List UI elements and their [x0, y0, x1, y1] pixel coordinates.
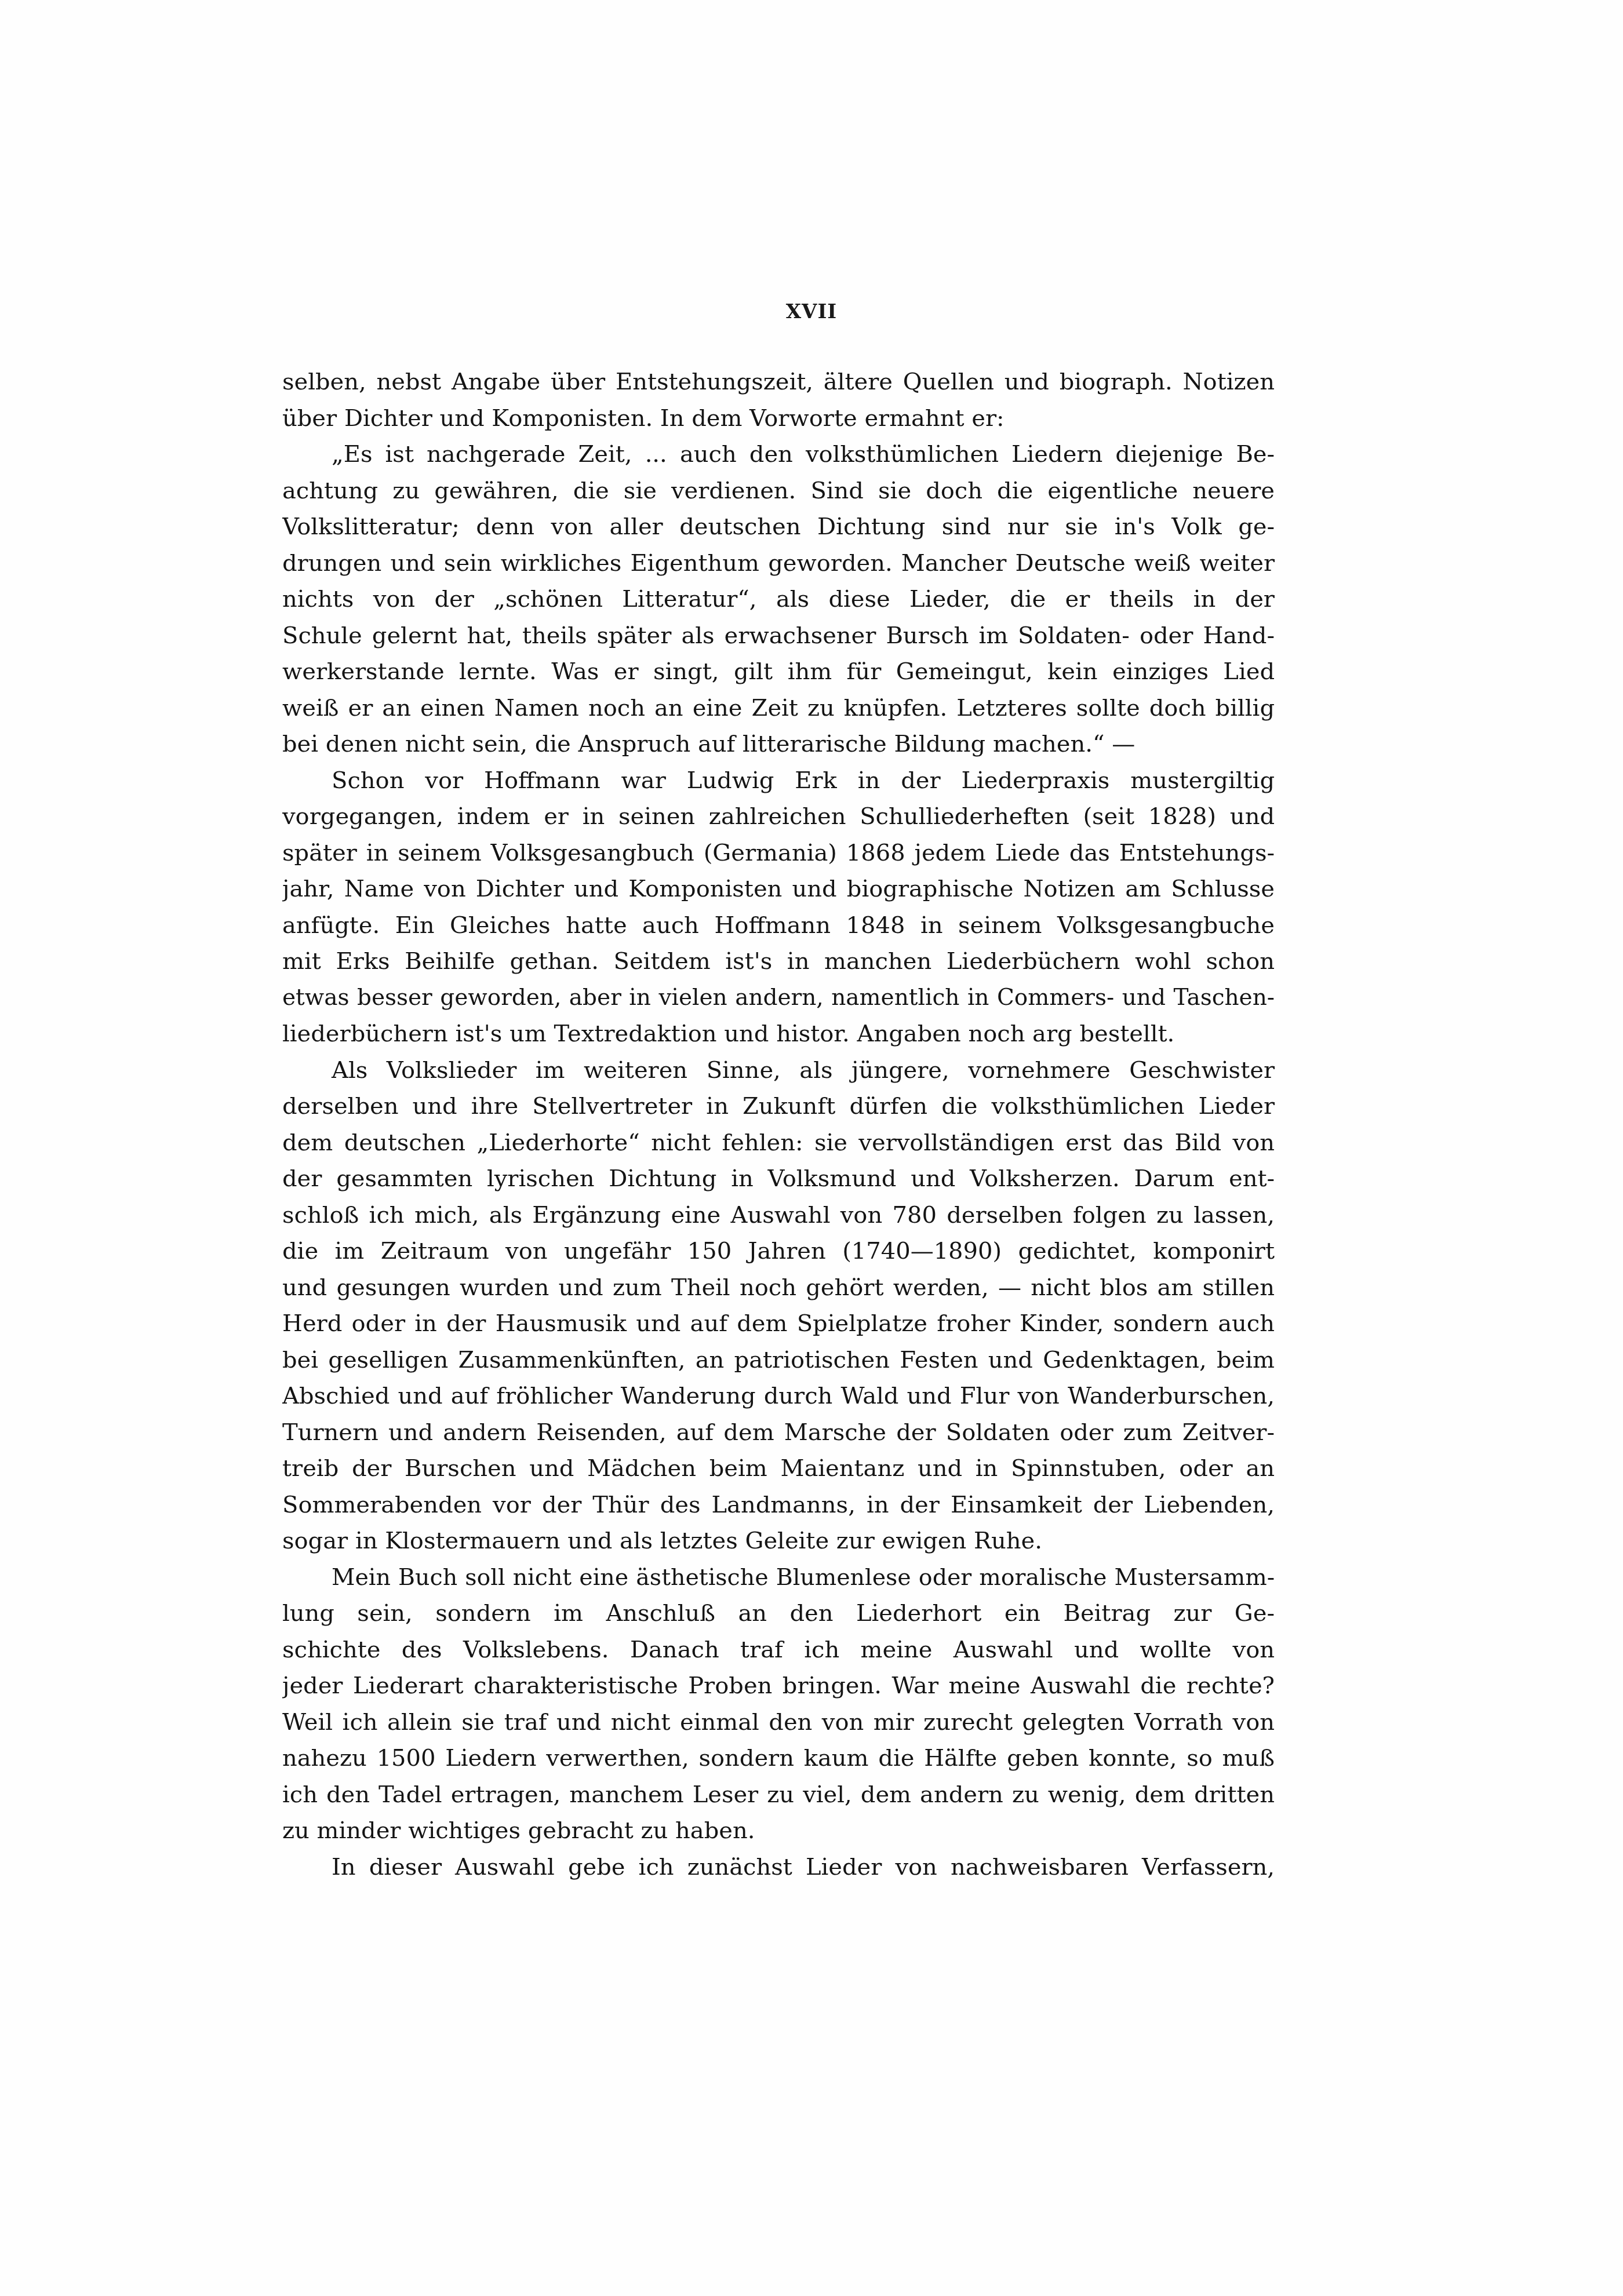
text-line: sogar in Klostermauern und als letztes G… — [282, 1523, 1275, 1559]
text-line: lung sein, sondern im Anschluß an den Li… — [282, 1595, 1275, 1632]
text-line: jahr, Name von Dichter und Komponisten u… — [282, 871, 1275, 908]
text-line: Turnern und andern Reisenden, auf dem Ma… — [282, 1415, 1275, 1451]
text-line: Weil ich allein sie traf und nicht einma… — [282, 1704, 1275, 1741]
text-line: In dieser Auswahl gebe ich zunächst Lied… — [282, 1849, 1275, 1886]
body-text: selben, nebst Angabe über Entstehungszei… — [282, 364, 1275, 1885]
text-line: etwas besser geworden, aber in vielen an… — [282, 980, 1275, 1016]
text-line: Mein Buch soll nicht eine ästhetische Bl… — [282, 1559, 1275, 1596]
text-line: Schule gelernt hat, theils später als er… — [282, 618, 1275, 654]
page-number: XVII — [0, 300, 1623, 323]
text-line: vorgegangen, indem er in seinen zahlreic… — [282, 799, 1275, 835]
text-line: nahezu 1500 Liedern verwerthen, sondern … — [282, 1740, 1275, 1777]
text-line: und gesungen wurden und zum Theil noch g… — [282, 1270, 1275, 1306]
text-line: ich den Tadel ertragen, manchem Leser zu… — [282, 1777, 1275, 1813]
text-line: achtung zu gewähren, die sie verdienen. … — [282, 473, 1275, 509]
text-line: Schon vor Hoffmann war Ludwig Erk in der… — [282, 763, 1275, 799]
text-line: bei denen nicht sein, die Anspruch auf l… — [282, 726, 1275, 763]
text-line: die im Zeitraum von ungefähr 150 Jahren … — [282, 1233, 1275, 1270]
text-line: über Dichter und Komponisten. In dem Vor… — [282, 400, 1275, 437]
text-line: treib der Burschen und Mädchen beim Maie… — [282, 1451, 1275, 1487]
book-page: XVII selben, nebst Angabe über Entstehun… — [0, 0, 1623, 2296]
text-line: schichte des Volkslebens. Danach traf ic… — [282, 1632, 1275, 1668]
text-line: jeder Liederart charakteristische Proben… — [282, 1668, 1275, 1704]
text-line: anfügte. Ein Gleiches hatte auch Hoffman… — [282, 908, 1275, 944]
text-line: werkerstande lernte. Was er singt, gilt … — [282, 654, 1275, 690]
text-line: Volkslitteratur; denn von aller deutsche… — [282, 509, 1275, 545]
text-line: derselben und ihre Stellvertreter in Zuk… — [282, 1088, 1275, 1125]
text-line: Als Volkslieder im weiteren Sinne, als j… — [282, 1052, 1275, 1089]
text-line: dem deutschen „Liederhorte“ nicht fehlen… — [282, 1125, 1275, 1161]
text-line: Sommerabenden vor der Thür des Landmanns… — [282, 1487, 1275, 1524]
text-line: der gesammten lyrischen Dichtung in Volk… — [282, 1161, 1275, 1197]
text-line: selben, nebst Angabe über Entstehungszei… — [282, 364, 1275, 400]
text-line: drungen und sein wirkliches Eigenthum ge… — [282, 545, 1275, 582]
text-line: zu minder wichtiges gebracht zu haben. — [282, 1813, 1275, 1849]
text-line: weiß er an einen Namen noch an eine Zeit… — [282, 690, 1275, 727]
text-line: bei geselligen Zusammenkünften, an patri… — [282, 1342, 1275, 1379]
text-line: liederbüchern ist's um Textredaktion und… — [282, 1016, 1275, 1052]
text-line: später in seinem Volksgesangbuch (German… — [282, 835, 1275, 872]
text-line: „Es ist nachgerade Zeit, ... auch den vo… — [282, 436, 1275, 473]
text-line: schloß ich mich, als Ergänzung eine Ausw… — [282, 1197, 1275, 1234]
text-line: nichts von der „schönen Litteratur“, als… — [282, 581, 1275, 618]
text-line: Abschied und auf fröhlicher Wanderung du… — [282, 1378, 1275, 1415]
text-line: mit Erks Beihilfe gethan. Seitdem ist's … — [282, 943, 1275, 980]
text-line: Herd oder in der Hausmusik und auf dem S… — [282, 1306, 1275, 1342]
